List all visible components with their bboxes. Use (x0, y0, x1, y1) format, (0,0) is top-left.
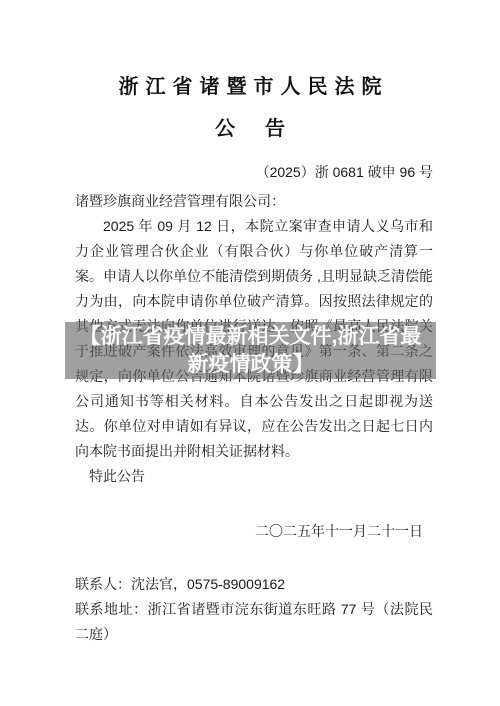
overlay-caption-line-2: 新疫情政策】 (65, 351, 436, 379)
contact-address-line: 联系地址：浙江省诸暨市浣东街道东旺路 77 号（法院民二庭） (75, 597, 433, 647)
overlay-caption-banner: 【浙江省疫情最新相关文件,浙江省最 新疫情政策】 (65, 322, 436, 379)
court-name-title: 浙江省诸暨市人民法院 (0, 0, 500, 101)
contact-info: 联系人：沈法官，0575-89009162 联系地址：浙江省诸暨市浣东街道东旺路… (75, 572, 433, 647)
issue-date: 二〇二五年十一月二十一日 (75, 519, 433, 544)
contact-person-line: 联系人：沈法官，0575-89009162 (75, 572, 433, 597)
addressee-line: 诸暨珍旗商业经营管理有限公司： (75, 189, 433, 214)
document-type-title: 公告 (0, 115, 500, 143)
case-number: （2025）浙 0681 破申 96 号 (0, 163, 500, 181)
overlay-caption-line-1: 【浙江省疫情最新相关文件,浙江省最 (65, 323, 436, 351)
closing-line: 特此公告 (75, 464, 433, 489)
court-announcement-document: 浙江省诸暨市人民法院 公告 （2025）浙 0681 破申 96 号 诸暨珍旗商… (0, 0, 500, 706)
document-body: 诸暨珍旗商业经营管理有限公司： 2025 年 09 月 12 日，本院立案审查申… (0, 181, 500, 647)
